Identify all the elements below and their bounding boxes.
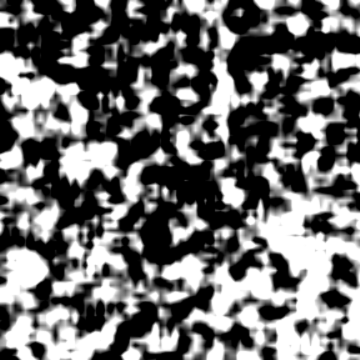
noise-texture-canvas xyxy=(0,0,360,360)
noise-screen xyxy=(0,0,360,360)
